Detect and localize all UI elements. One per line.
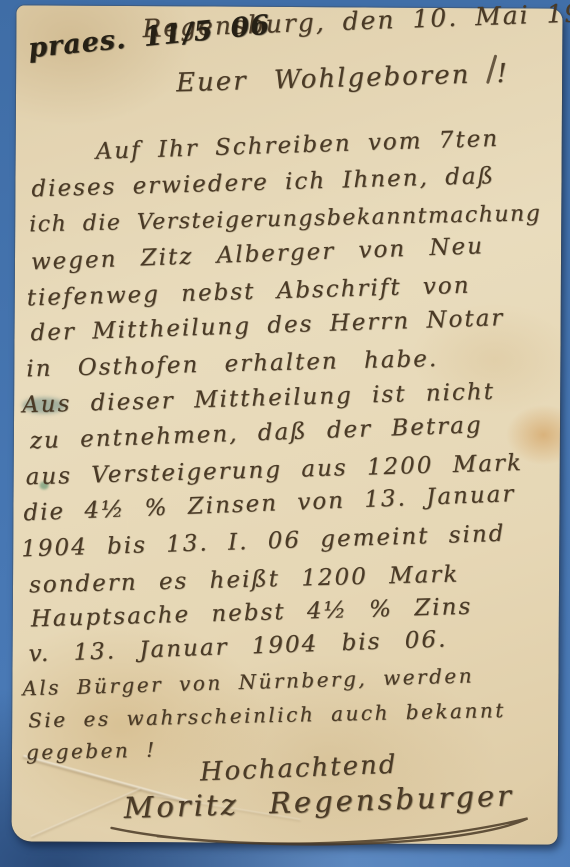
letter-line-17: Sie es wahrscheinlich auch bekannt	[28, 698, 506, 732]
letter-line-8: Aus dieser Mittheilung ist nicht	[22, 379, 496, 419]
letter-line-13: sondern es heißt 1200 Mark	[29, 562, 460, 599]
letter-line-2: dieses erwiedere ich Ihnen, daß	[31, 163, 495, 202]
letter-line-5: tiefenweg nebst Abschrift von	[26, 273, 470, 312]
postcard: Regensburg, den 10. Mai 1906 praes. 11/5…	[11, 5, 562, 844]
letter-line-14: Hauptsache nebst 4½ % Zins	[30, 594, 472, 633]
letter-line-7: in Osthofen erhalten habe.	[26, 346, 438, 382]
letter-closing: Hochachtend	[199, 750, 398, 788]
letter-line-15: v. 13. Januar 1904 bis 06.	[28, 626, 448, 667]
letter-line-18: gegeben !	[26, 738, 157, 765]
letter-line-4: wegen Zitz Alberger von Neu	[31, 233, 485, 275]
letter-line-3: ich die Versteigerungsbekanntmachung	[29, 201, 542, 237]
letter-line-9: zu entnehmen, daß der Betrag	[29, 412, 483, 454]
signature-flourish	[97, 806, 553, 851]
photo-background: Regensburg, den 10. Mai 1906 praes. 11/5…	[0, 0, 570, 867]
letter-line-16: Als Bürger von Nürnberg, werden	[22, 663, 474, 700]
letter-line-6: der Mittheilung des Herrn Notar	[30, 305, 505, 346]
letter-salutation: Euer Wohlgeboren !	[176, 59, 510, 99]
letter-line-1: Auf Ihr Schreiben vom 7ten	[95, 126, 499, 165]
letter-line-12: 1904 bis 13. I. 06 gemeint sind	[21, 521, 506, 563]
